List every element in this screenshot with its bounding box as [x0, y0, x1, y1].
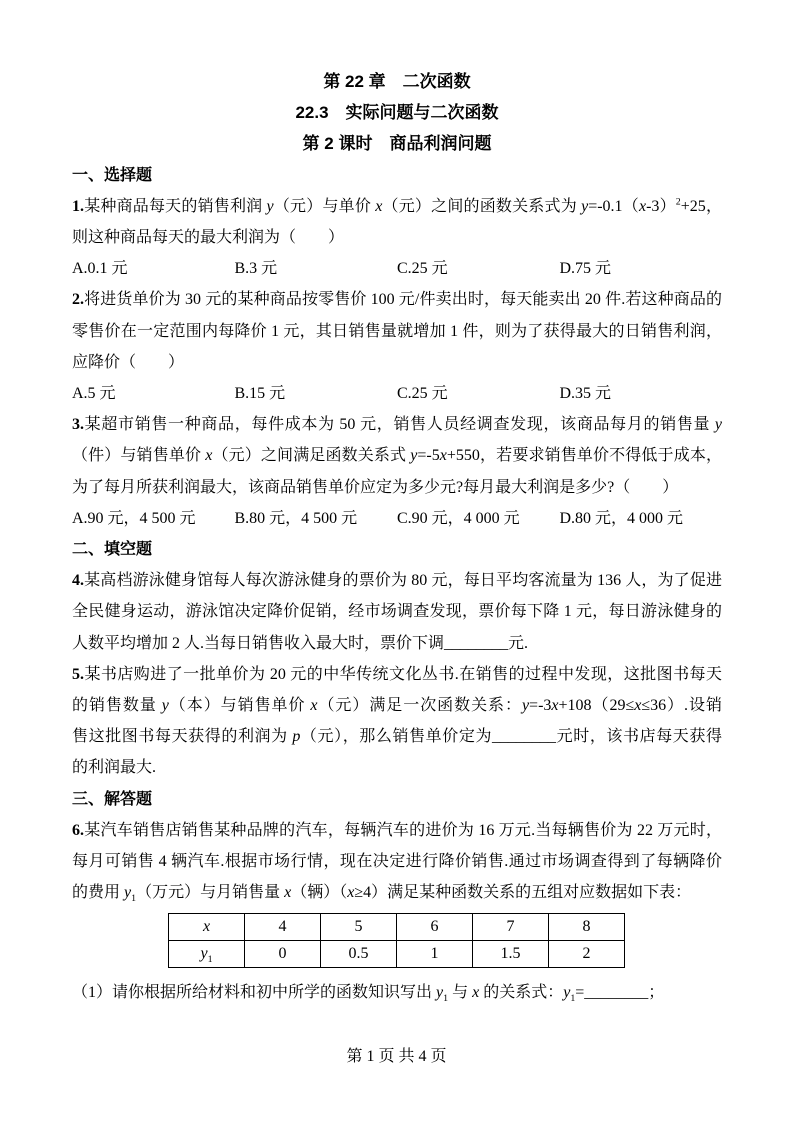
section-title: 22.3 实际问题与二次函数 [72, 97, 722, 128]
q2-line-3: 应降价（ ） [72, 347, 722, 378]
q6-line-1: 6.某汽车销售店销售某种品牌的汽车，每辆汽车的进价为 16 万元.当每辆售价为 … [72, 815, 722, 846]
table-cell: 0.5 [321, 941, 397, 968]
q4-line-3: 人数平均增加 2 人.当每日销售收入最大时，票价下调________元. [72, 628, 722, 659]
solution-section-heading: 三、解答题 [72, 784, 722, 815]
question-1: 1.某种商品每天的销售利润 y（元）与单价 x（元）之间的函数关系式为 y=-0… [72, 191, 722, 285]
q5-line-3: 售这批图书每天获得的利润为 p（元），那么销售单价定为________元时，该书… [72, 721, 722, 752]
chapter-title: 第 22 章 二次函数 [72, 66, 722, 97]
q2-line-1: 2.将进货单价为 30 元的某种商品按零售价 100 元/件卖出时，每天能卖出 … [72, 284, 722, 315]
q5-line-4: 的利润最大. [72, 752, 722, 783]
question-5: 5.某书店购进了一批单价为 20 元的中华传统文化丛书.在销售的过程中发现，这批… [72, 659, 722, 784]
q5-number: 5. [72, 666, 84, 683]
fill-in-section-heading: 二、填空题 [72, 534, 722, 565]
table-cell: 1.5 [473, 941, 549, 968]
table-cell: 5 [321, 914, 397, 941]
table-cell-y1-label: y1 [169, 941, 245, 968]
q6-number: 6. [72, 822, 84, 839]
q3-options: A.90 元，4 500 元 B.80 元，4 500 元 C.90 元，4 0… [72, 503, 722, 534]
q4-text-1: 某高档游泳健身馆每人每次游泳健身的票价为 80 元，每日平均客流量为 136 人… [84, 572, 722, 589]
q2-line-2: 零售价在一定范围内每降价 1 元，其日销售量就增加 1 件，则为了获得最大的日销… [72, 316, 722, 347]
q3-option-b: B.80 元，4 500 元 [235, 503, 398, 534]
q2-option-a: A.5 元 [72, 378, 235, 409]
q1-number: 1. [72, 198, 84, 215]
q6-line-3: 的费用 y1（万元）与月销售量 x（辆）（x≥4）满足某种函数关系的五组对应数据… [72, 877, 722, 908]
q3-option-d: D.80 元，4 000 元 [560, 503, 723, 534]
table-cell: 6 [397, 914, 473, 941]
table-row-x: x 4 5 6 7 8 [169, 914, 625, 941]
q3-option-a: A.90 元，4 500 元 [72, 503, 235, 534]
choice-section-heading: 一、选择题 [72, 160, 722, 191]
q3-number: 3. [72, 416, 84, 433]
q3-line-3: 为了每月所获利润最大，该商品销售单价应定为多少元?每月最大利润是多少?（ ） [72, 472, 722, 503]
q2-options: A.5 元 B.15 元 C.25 元 D.35 元 [72, 378, 722, 409]
q1-text-1: 某种商品每天的销售利润 y（元）与单价 x（元）之间的函数关系式为 y=-0.1… [84, 198, 722, 215]
table-cell: 8 [549, 914, 625, 941]
q1-option-d: D.75 元 [560, 253, 723, 284]
q2-option-d: D.35 元 [560, 378, 723, 409]
table-row-y1: y1 0 0.5 1 1.5 2 [169, 941, 625, 968]
q1-line-2: 则这种商品每天的最大利润为（ ） [72, 222, 722, 253]
q5-text-1: 某书店购进了一批单价为 20 元的中华传统文化丛书.在销售的过程中发现，这批图书… [84, 666, 722, 683]
q3-text-1: 某超市销售一种商品，每件成本为 50 元，销售人员经调查发现，该商品每月的销售量… [84, 416, 722, 433]
q4-number: 4. [72, 572, 84, 589]
q6-line-2: 每月可销售 4 辆汽车.根据市场行情，现在决定进行降价销售.通过市场调查得到了每… [72, 846, 722, 877]
q5-line-1: 5.某书店购进了一批单价为 20 元的中华传统文化丛书.在销售的过程中发现，这批… [72, 659, 722, 690]
q5-line-2: 的销售数量 y（本）与销售单价 x（元）满足一次函数关系：y=-3x+108（2… [72, 690, 722, 721]
q1-option-a: A.0.1 元 [72, 253, 235, 284]
q4-line-1: 4.某高档游泳健身馆每人每次游泳健身的票价为 80 元，每日平均客流量为 136… [72, 565, 722, 596]
q2-text-1: 将进货单价为 30 元的某种商品按零售价 100 元/件卖出时，每天能卖出 20… [84, 291, 722, 308]
lesson-title: 第 2 课时 商品利润问题 [72, 128, 722, 159]
q1-options: A.0.1 元 B.3 元 C.25 元 D.75 元 [72, 253, 722, 284]
q1-option-b: B.3 元 [235, 253, 398, 284]
q4-line-2: 全民健身运动，游泳馆决定降价促销，经市场调查发现，票价每下降 1 元，每日游泳健… [72, 596, 722, 627]
question-3: 3.某超市销售一种商品，每件成本为 50 元，销售人员经调查发现，该商品每月的销… [72, 409, 722, 534]
q3-option-c: C.90 元，4 000 元 [397, 503, 560, 534]
q2-option-b: B.15 元 [235, 378, 398, 409]
q6-subquestion-1: （1）请你根据所给材料和初中所学的函数知识写出 y1 与 x 的关系式：y1=_… [72, 977, 722, 1008]
table-cell: 7 [473, 914, 549, 941]
table-cell: 1 [397, 941, 473, 968]
q3-line-1: 3.某超市销售一种商品，每件成本为 50 元，销售人员经调查发现，该商品每月的销… [72, 409, 722, 440]
q1-line-1: 1.某种商品每天的销售利润 y（元）与单价 x（元）之间的函数关系式为 y=-0… [72, 191, 722, 222]
table-cell: 2 [549, 941, 625, 968]
table-cell-x-label: x [169, 914, 245, 941]
q3-line-2: （件）与销售单价 x（元）之间满足函数关系式 y=-5x+550，若要求销售单价… [72, 440, 722, 471]
question-4: 4.某高档游泳健身馆每人每次游泳健身的票价为 80 元，每日平均客流量为 136… [72, 565, 722, 659]
q2-option-c: C.25 元 [397, 378, 560, 409]
table-cell: 4 [245, 914, 321, 941]
worksheet-page: 第 22 章 二次函数 22.3 实际问题与二次函数 第 2 课时 商品利润问题… [0, 0, 793, 1122]
page-number: 第 1 页 共 4 页 [0, 1041, 793, 1072]
q2-number: 2. [72, 291, 84, 308]
q1-option-c: C.25 元 [397, 253, 560, 284]
table-cell: 0 [245, 941, 321, 968]
q6-text-1: 某汽车销售店销售某种品牌的汽车，每辆汽车的进价为 16 万元.当每辆售价为 22… [84, 822, 722, 839]
q6-data-table: x 4 5 6 7 8 y1 0 0.5 1 1.5 2 [168, 913, 625, 968]
question-6: 6.某汽车销售店销售某种品牌的汽车，每辆汽车的进价为 16 万元.当每辆售价为 … [72, 815, 722, 1009]
question-2: 2.将进货单价为 30 元的某种商品按零售价 100 元/件卖出时，每天能卖出 … [72, 284, 722, 409]
